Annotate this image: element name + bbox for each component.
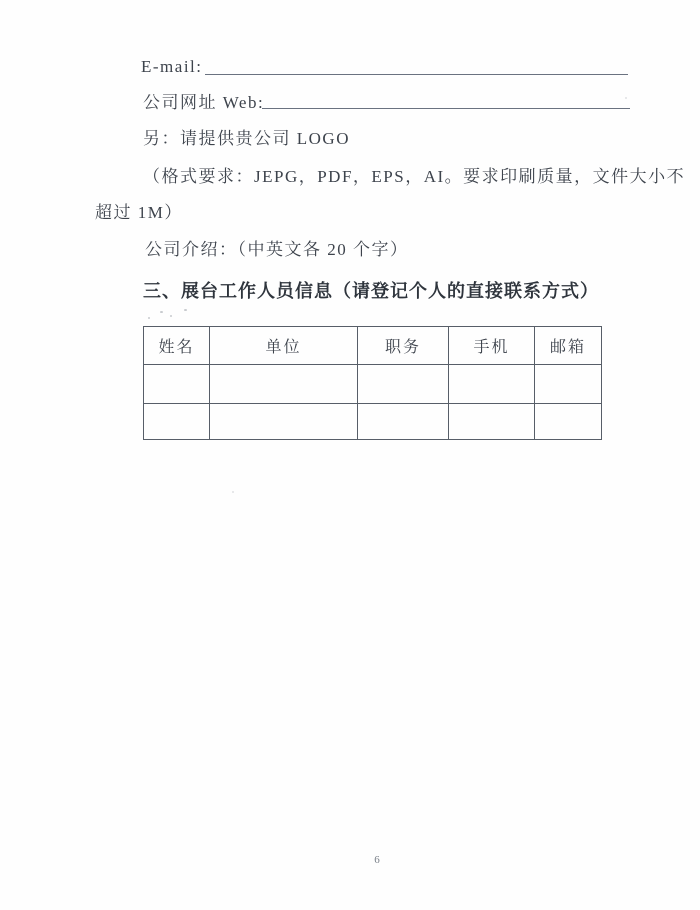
table-row xyxy=(144,404,602,440)
scan-speckle xyxy=(148,317,150,319)
scan-speckle xyxy=(160,311,163,313)
email-blank-line xyxy=(205,56,628,75)
company-intro-note: 公司介绍：（中英文各 20 个字） xyxy=(145,239,409,261)
format-note-line2: 超过 1M） xyxy=(95,202,183,224)
email-label: E-mail: xyxy=(141,56,202,78)
col-header-org: 单位 xyxy=(210,327,358,365)
table-cell xyxy=(449,365,535,404)
staff-info-table: 姓名 单位 职务 手机 邮箱 xyxy=(143,326,602,440)
table-row xyxy=(144,365,602,404)
table-cell xyxy=(210,365,358,404)
scan-speckle xyxy=(625,97,627,99)
page-number: 6 xyxy=(0,854,700,866)
section-heading: 三、展台工作人员信息（请登记个人的直接联系方式） xyxy=(143,277,599,303)
col-header-name: 姓名 xyxy=(144,327,210,365)
scan-speckle xyxy=(184,309,187,311)
table-cell xyxy=(144,404,210,440)
scanned-form-page: E-mail: 公司网址 Web: 另：请提供贵公司 LOGO （格式要求：JE… xyxy=(0,0,700,910)
col-header-title: 职务 xyxy=(358,327,449,365)
table-cell xyxy=(535,404,602,440)
table-cell xyxy=(210,404,358,440)
format-note-line1: （格式要求：JEPG，PDF，EPS，AI。要求印刷质量，文件大小不 xyxy=(143,166,685,188)
table-cell xyxy=(144,365,210,404)
table-cell xyxy=(358,404,449,440)
col-header-email: 邮箱 xyxy=(535,327,602,365)
table-header-row: 姓名 单位 职务 手机 邮箱 xyxy=(144,327,602,365)
web-label: 公司网址 Web: xyxy=(143,92,264,114)
scan-speckle xyxy=(170,315,172,317)
table-cell xyxy=(449,404,535,440)
table-cell xyxy=(358,365,449,404)
scan-speckle xyxy=(232,491,234,493)
logo-note: 另：请提供贵公司 LOGO xyxy=(143,128,350,150)
col-header-mobile: 手机 xyxy=(449,327,535,365)
table-cell xyxy=(535,365,602,404)
web-blank-line xyxy=(262,90,630,109)
